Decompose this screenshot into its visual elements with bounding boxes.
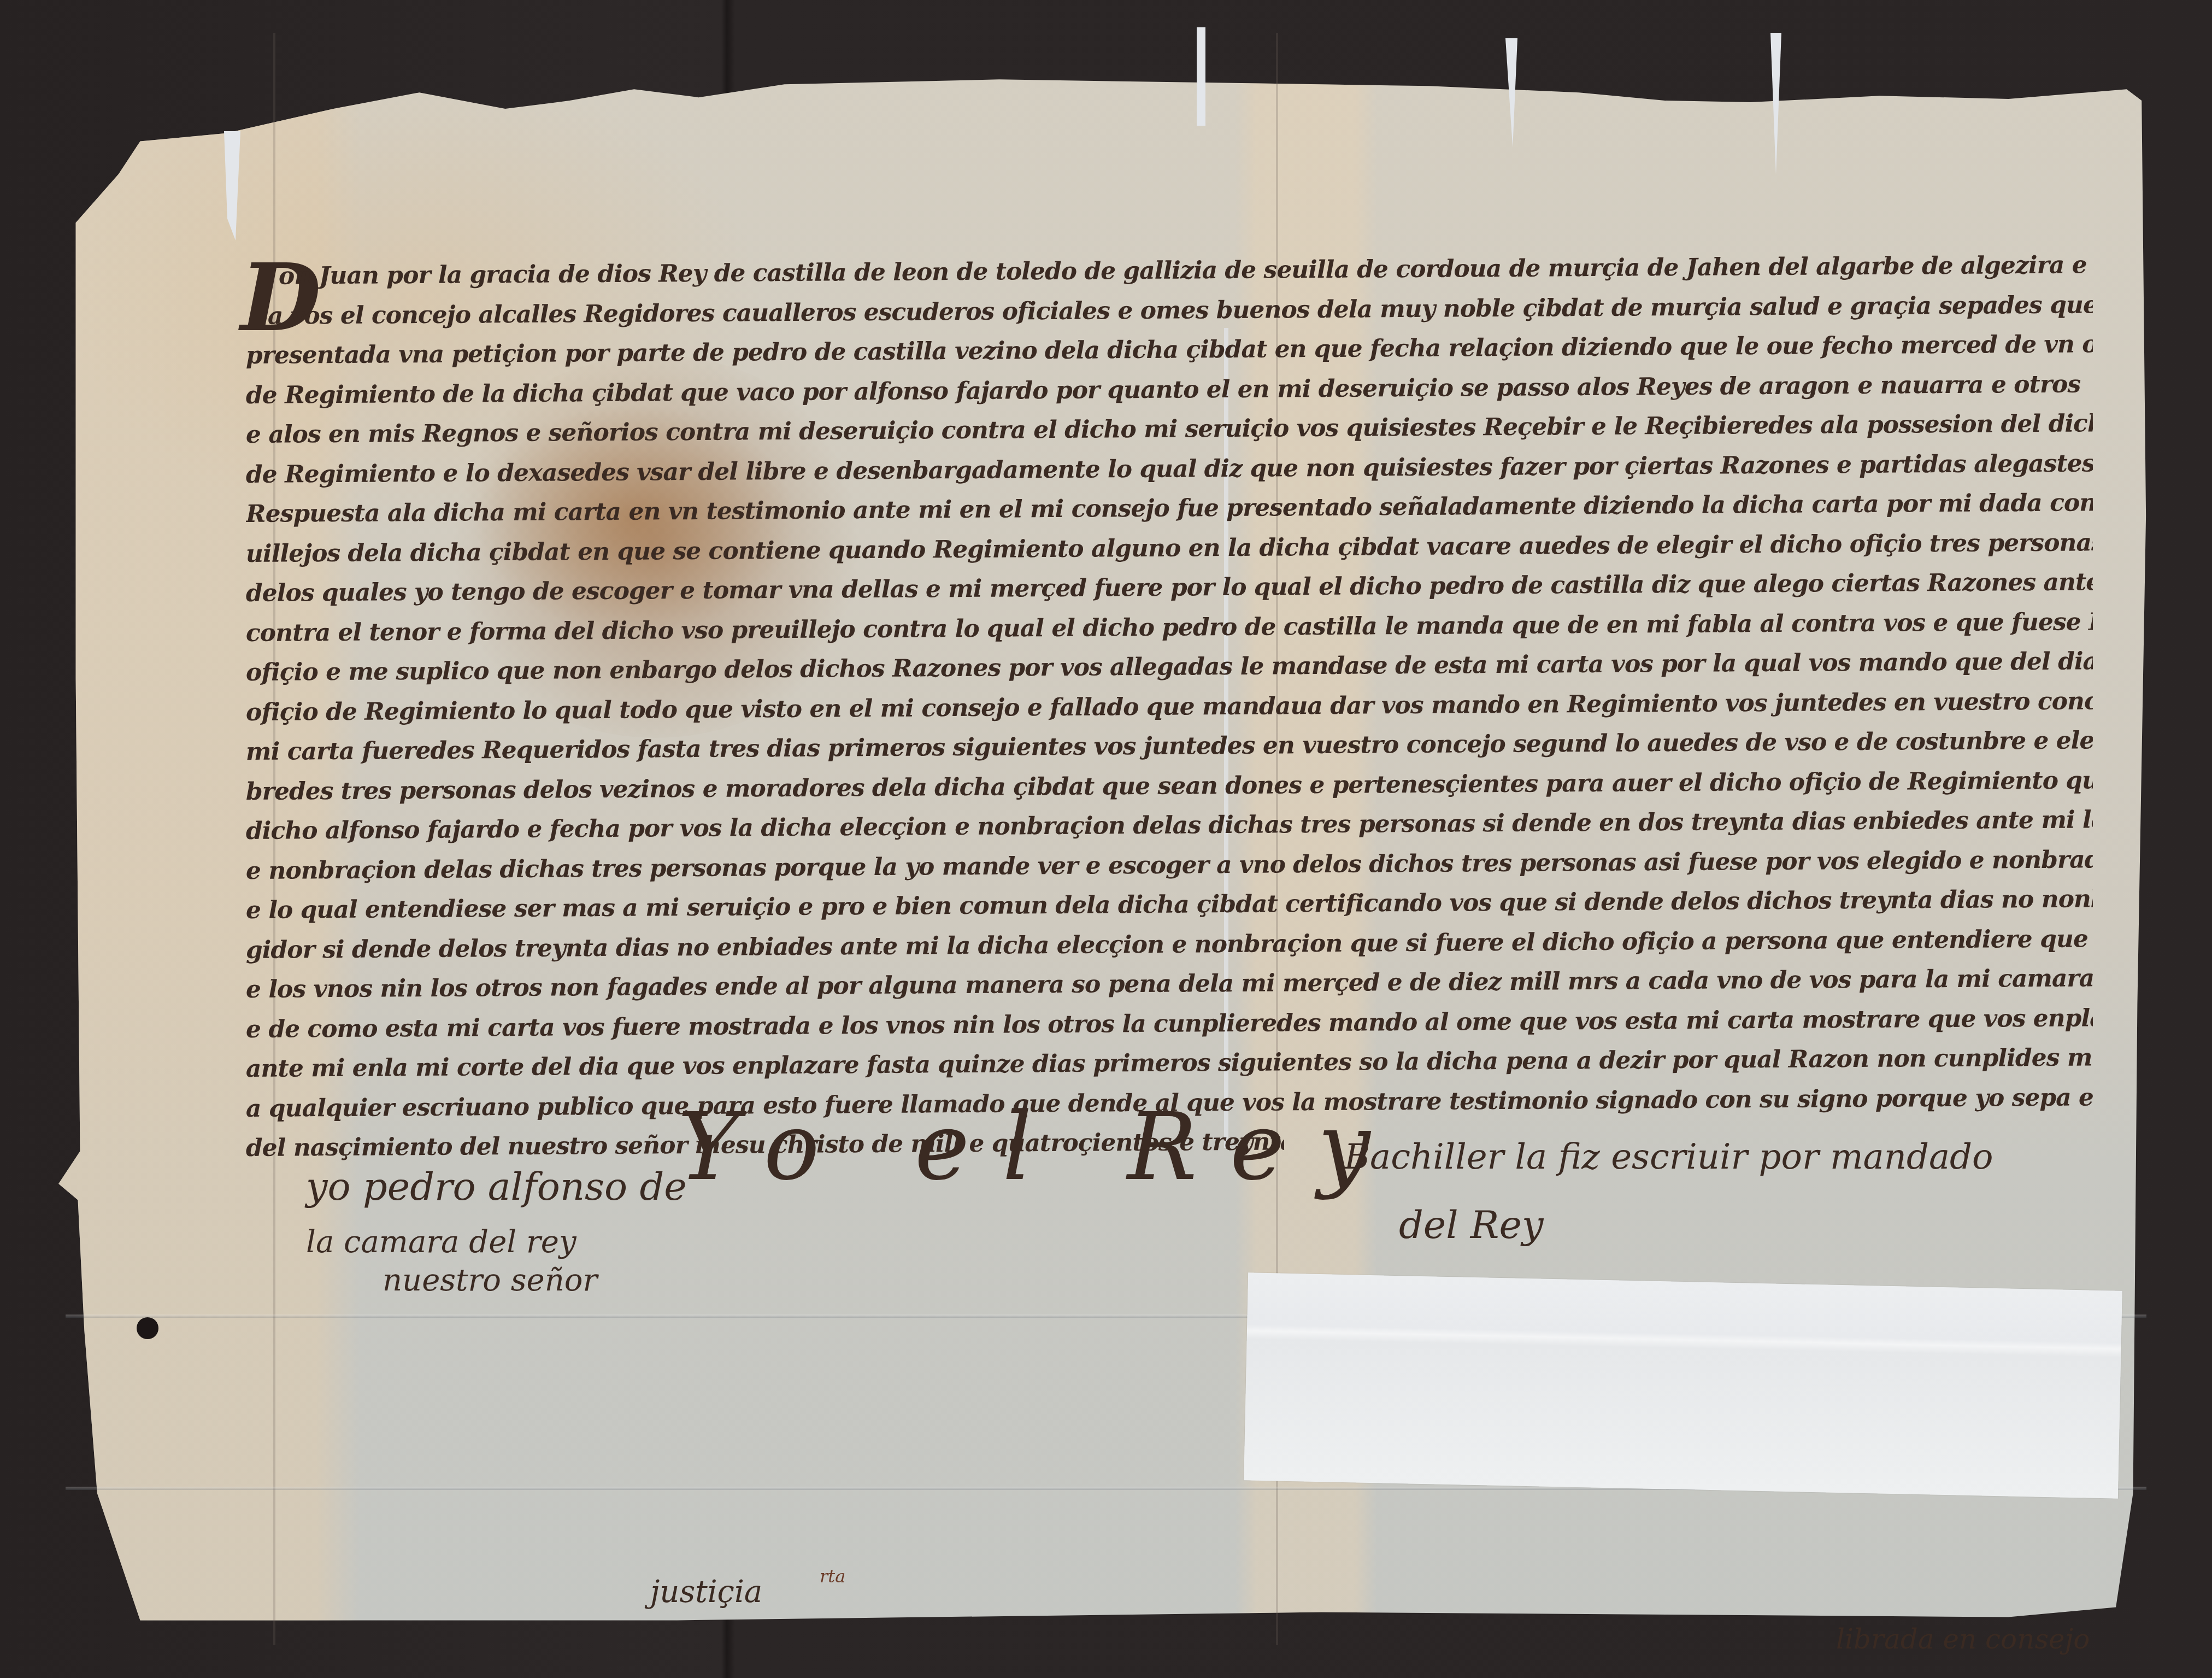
document-body: on Juan por la gracia de dios Rey de cas… <box>246 257 2093 1169</box>
annotation-librada-en-consejo: librada en consejo <box>1836 1623 2090 1655</box>
document-scan: D on Juan por la gracia de dios Rey de c… <box>0 0 2212 1678</box>
secretary-subscription-line: la camara del rey <box>306 1224 576 1260</box>
scribe-subscription-line: del Rey <box>1399 1202 1544 1247</box>
royal-signature: Yo el Rey <box>678 1093 1403 1201</box>
secretary-subscription-line: nuestro señor <box>383 1263 597 1298</box>
annotation-mark: rta <box>820 1566 845 1587</box>
ink-blot <box>137 1317 158 1339</box>
paper-tear <box>1197 27 1205 126</box>
secretary-subscription-line: yo pedro alfonso de <box>306 1164 687 1209</box>
scribe-subscription-line: Bachiller la fiz escriuir por mandado <box>1344 1137 1993 1177</box>
conservation-paper-strip <box>1244 1272 2122 1498</box>
annotation-justicia: justiçia <box>650 1574 762 1610</box>
